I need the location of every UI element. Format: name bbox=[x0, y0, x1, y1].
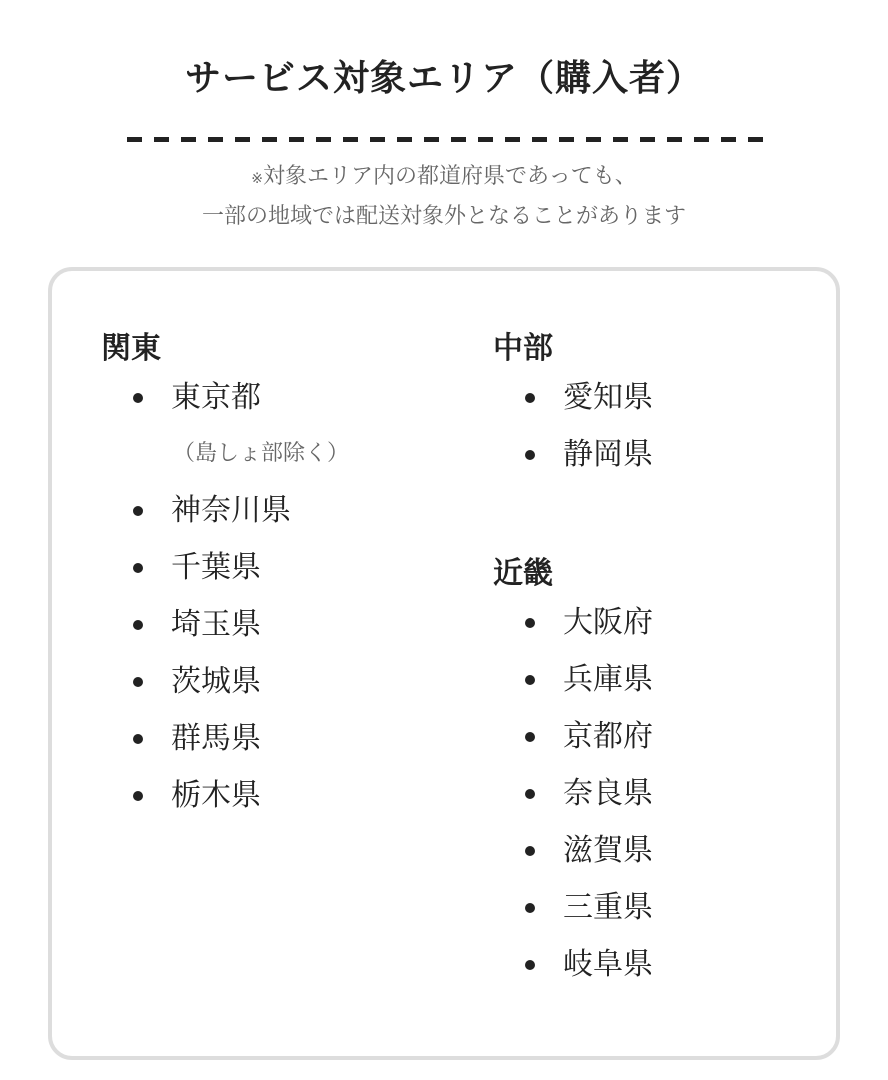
list-item: 兵庫県 bbox=[493, 651, 653, 708]
bullet-icon bbox=[525, 393, 535, 403]
list-item: 愛知県 bbox=[493, 369, 653, 426]
service-area-note: ※対象エリア内の都道府県であっても、 一部の地域では配送対象外となることがありま… bbox=[0, 158, 888, 236]
list-item: 静岡県 bbox=[493, 426, 653, 483]
note-line-1: ※対象エリア内の都道府県であっても、 bbox=[0, 158, 888, 198]
dashed-divider bbox=[127, 137, 763, 142]
region-kinki: 近畿 大阪府 兵庫県 京都府 奈良県 滋賀県 三重県 岐阜県 bbox=[493, 554, 653, 993]
prefecture-list: 愛知県 静岡県 bbox=[493, 369, 653, 483]
region-title: 関東 bbox=[101, 329, 349, 369]
bullet-icon bbox=[525, 960, 535, 970]
list-item: 奈良県 bbox=[493, 765, 653, 822]
bullet-icon bbox=[133, 393, 143, 403]
bullet-icon bbox=[133, 506, 143, 516]
region-kanto: 関東 東京都 （島しょ部除く） 神奈川県 千葉県 埼玉県 茨城県 群馬県 栃木県 bbox=[101, 329, 349, 824]
right-column: 中部 愛知県 静岡県 近畿 大阪府 兵庫県 京都府 奈良県 滋賀県 三重県 岐阜… bbox=[493, 271, 653, 993]
bullet-icon bbox=[525, 450, 535, 460]
bullet-icon bbox=[525, 903, 535, 913]
page-title: サービス対象エリア（購入者） bbox=[0, 50, 888, 101]
service-area-box: 関東 東京都 （島しょ部除く） 神奈川県 千葉県 埼玉県 茨城県 群馬県 栃木県… bbox=[48, 267, 840, 1060]
list-item: 三重県 bbox=[493, 879, 653, 936]
item-note: （島しょ部除く） bbox=[173, 426, 349, 482]
list-item: 栃木県 bbox=[101, 767, 349, 824]
region-chubu: 中部 愛知県 静岡県 bbox=[493, 329, 653, 483]
list-item: 茨城県 bbox=[101, 653, 349, 710]
bullet-icon bbox=[525, 618, 535, 628]
bullet-icon bbox=[133, 677, 143, 687]
note-line-2: 一部の地域では配送対象外となることがあります bbox=[0, 198, 888, 236]
list-item: 岐阜県 bbox=[493, 936, 653, 993]
bullet-icon bbox=[133, 791, 143, 801]
list-item: 群馬県 bbox=[101, 710, 349, 767]
list-item: 京都府 bbox=[493, 708, 653, 765]
region-title: 近畿 bbox=[493, 554, 653, 594]
list-item: 千葉県 bbox=[101, 539, 349, 596]
region-title: 中部 bbox=[493, 329, 653, 369]
list-item: 大阪府 bbox=[493, 594, 653, 651]
list-item: 神奈川県 bbox=[101, 482, 349, 539]
bullet-icon bbox=[133, 563, 143, 573]
bullet-icon bbox=[133, 734, 143, 744]
prefecture-list: 大阪府 兵庫県 京都府 奈良県 滋賀県 三重県 岐阜県 bbox=[493, 594, 653, 993]
list-item: 東京都 （島しょ部除く） bbox=[101, 369, 349, 482]
bullet-icon bbox=[525, 732, 535, 742]
prefecture-list: 東京都 （島しょ部除く） 神奈川県 千葉県 埼玉県 茨城県 群馬県 栃木県 bbox=[101, 369, 349, 824]
bullet-icon bbox=[133, 620, 143, 630]
list-item: 滋賀県 bbox=[493, 822, 653, 879]
left-column: 関東 東京都 （島しょ部除く） 神奈川県 千葉県 埼玉県 茨城県 群馬県 栃木県 bbox=[101, 271, 349, 824]
bullet-icon bbox=[525, 675, 535, 685]
note-mark: ※ bbox=[251, 171, 263, 187]
bullet-icon bbox=[525, 789, 535, 799]
list-item: 埼玉県 bbox=[101, 596, 349, 653]
bullet-icon bbox=[525, 846, 535, 856]
